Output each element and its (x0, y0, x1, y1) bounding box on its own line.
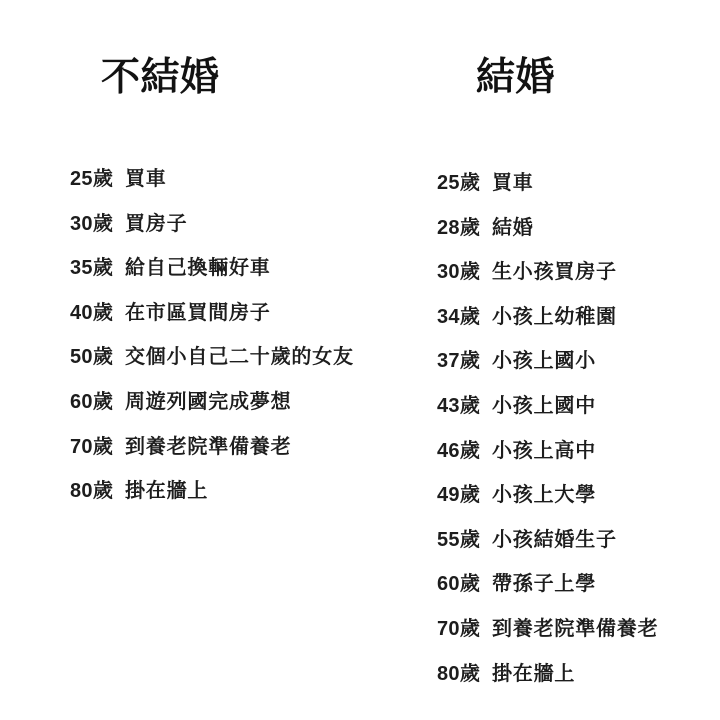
age-label: 34歲 (437, 300, 485, 329)
milestone-text: 帶孫子上學 (492, 567, 596, 596)
milestone-text: 買車 (125, 162, 167, 191)
milestone-text: 小孩上幼稚園 (492, 300, 617, 329)
milestone-text: 生小孩買房子 (492, 255, 617, 284)
timeline-married: 25歲 買車 28歲 結婚 30歲 生小孩買房子 34歲 小孩上幼稚園 37歲 … (437, 166, 658, 701)
age-label: 25歲 (437, 166, 485, 195)
milestone-text: 買房子 (125, 207, 187, 236)
timeline-row: 50歲 交個小自己二十歲的女友 (70, 340, 354, 385)
timeline-row: 25歲 買車 (437, 166, 658, 211)
age-label: 43歲 (437, 389, 485, 418)
milestone-text: 買車 (492, 166, 534, 195)
milestone-text: 交個小自己二十歲的女友 (125, 340, 354, 369)
milestone-text: 到養老院準備養老 (125, 430, 291, 459)
age-label: 80歲 (70, 474, 118, 503)
age-label: 50歲 (70, 340, 118, 369)
timeline-row: 60歲 周遊列國完成夢想 (70, 385, 354, 430)
timeline-unmarried: 25歲 買車 30歲 買房子 35歲 給自己換輛好車 40歲 在市區買間房子 5… (70, 162, 354, 519)
milestone-text: 掛在牆上 (125, 474, 208, 503)
timeline-row: 25歲 買車 (70, 162, 354, 207)
timeline-row: 30歲 買房子 (70, 207, 354, 252)
timeline-row: 80歲 掛在牆上 (70, 474, 354, 519)
milestone-text: 小孩結婚生子 (492, 523, 617, 552)
age-label: 49歲 (437, 478, 485, 507)
timeline-row: 80歲 掛在牆上 (437, 657, 658, 702)
age-label: 46歲 (437, 434, 485, 463)
age-label: 70歲 (437, 612, 485, 641)
age-label: 25歲 (70, 162, 118, 191)
age-label: 60歲 (437, 567, 485, 596)
timeline-row: 35歲 給自己換輛好車 (70, 251, 354, 296)
age-label: 60歲 (70, 385, 118, 414)
milestone-text: 給自己換輛好車 (125, 251, 271, 280)
milestone-text: 周遊列國完成夢想 (125, 385, 291, 414)
age-label: 30歲 (70, 207, 118, 236)
meme-document: 不結婚 結婚 25歲 買車 30歲 買房子 35歲 給自己換輛好車 40歲 在市… (0, 0, 720, 720)
timeline-row: 28歲 結婚 (437, 211, 658, 256)
timeline-row: 49歲 小孩上大學 (437, 478, 658, 523)
milestone-text: 小孩上國中 (492, 389, 596, 418)
column-title-unmarried: 不結婚 (101, 46, 220, 102)
timeline-row: 34歲 小孩上幼稚園 (437, 300, 658, 345)
milestone-text: 到養老院準備養老 (492, 612, 658, 641)
age-label: 80歲 (437, 657, 485, 686)
age-label: 40歲 (70, 296, 118, 325)
age-label: 70歲 (70, 430, 118, 459)
timeline-row: 46歲 小孩上高中 (437, 434, 658, 479)
timeline-row: 30歲 生小孩買房子 (437, 255, 658, 300)
timeline-row: 37歲 小孩上國小 (437, 344, 658, 389)
timeline-row: 60歲 帶孫子上學 (437, 567, 658, 612)
milestone-text: 小孩上高中 (492, 434, 596, 463)
milestone-text: 結婚 (492, 211, 534, 240)
age-label: 55歲 (437, 523, 485, 552)
age-label: 35歲 (70, 251, 118, 280)
timeline-row: 55歲 小孩結婚生子 (437, 523, 658, 568)
timeline-row: 43歲 小孩上國中 (437, 389, 658, 434)
column-title-married: 結婚 (476, 46, 555, 102)
milestone-text: 小孩上國小 (492, 344, 596, 373)
timeline-row: 70歲 到養老院準備養老 (437, 612, 658, 657)
milestone-text: 在市區買間房子 (125, 296, 271, 325)
timeline-row: 40歲 在市區買間房子 (70, 296, 354, 341)
age-label: 28歲 (437, 211, 485, 240)
age-label: 37歲 (437, 344, 485, 373)
age-label: 30歲 (437, 255, 485, 284)
milestone-text: 掛在牆上 (492, 657, 575, 686)
milestone-text: 小孩上大學 (492, 478, 596, 507)
timeline-row: 70歲 到養老院準備養老 (70, 430, 354, 475)
